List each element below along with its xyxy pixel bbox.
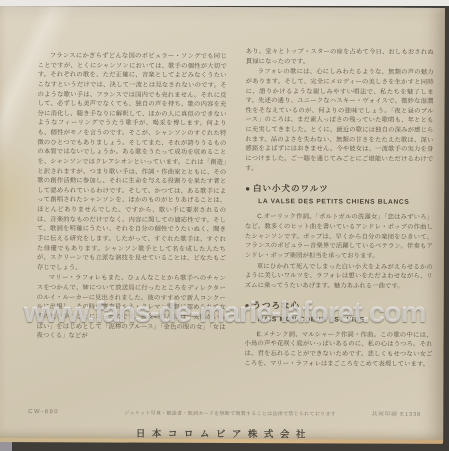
song-title-japanese-text: 白い小犬のワルツ <box>253 183 329 193</box>
print-code: 共同印刷 E1338 <box>372 410 421 418</box>
photo-background-top <box>0 0 449 6</box>
song-description: C.オーリック作詞。「ポルトガルの洗濯女」「恋はみずいろ」など、数多くのヒット曲… <box>245 213 433 292</box>
paper-bottom-edge <box>0 438 443 444</box>
sleeve-back-paper: フランスにかぎらずどんな国のポピュラー・ソングでも同じことですが、とくにシャンソ… <box>0 6 445 442</box>
record-sleeve-photo: フランスにかぎらずどんな国のポピュラー・ソングでも同じことですが、とくにシャンソ… <box>0 0 449 451</box>
bullet-icon: ● <box>245 184 251 193</box>
liner-notes-paragraph: E.メナンク詞、マルシャーク作詞・作曲。この歌の中には、小鳥の声や花咲く庭がいっ… <box>244 330 432 369</box>
song-title-french: LA VALSE DES PETITS CHIENS BLANCS <box>258 197 433 208</box>
liner-notes-paragraph: あり、堂々とトップ・スターの座を占めて今日、おしもおされぬ貫禄になったのです。 <box>246 47 434 67</box>
liner-notes-paragraph: ラフォレの歌には、心にしみわたるような、無類の声の魅力があります。そして、完全に… <box>245 67 433 174</box>
liner-notes-paragraph: 車にひかれて死んでしまった白い小犬をよみがえらせるかのように美しいワルツを、ラフ… <box>245 262 433 292</box>
song-title-japanese: ●白い小犬のワルツ <box>245 182 433 196</box>
liner-notes-paragraph: C.オーリック作詞。「ポルトガルの洗濯女」「恋はみずいろ」など、数多くのヒット曲… <box>245 213 433 262</box>
liner-notes-paragraph: フランスにかぎらずどんな国のポピュラー・ソングでも同じことですが、とくにシャンソ… <box>37 51 227 273</box>
website-watermark: www.fans-de-marie-laforet.com <box>24 297 426 330</box>
song-section-side-a: ●白い小犬のワルツ LA VALSE DES PETITS CHIENS BLA… <box>245 182 433 291</box>
copyright-notice: ジャケット写真・解説書・歌詞カードを無断で複製することは法律で禁じられております <box>110 410 350 417</box>
song-description: E.メナンク詞、マルシャーク作詞・作曲。この歌の中には、小鳥の声や花咲く庭がいっ… <box>244 330 432 369</box>
catalog-number: CW-880 <box>28 409 59 415</box>
